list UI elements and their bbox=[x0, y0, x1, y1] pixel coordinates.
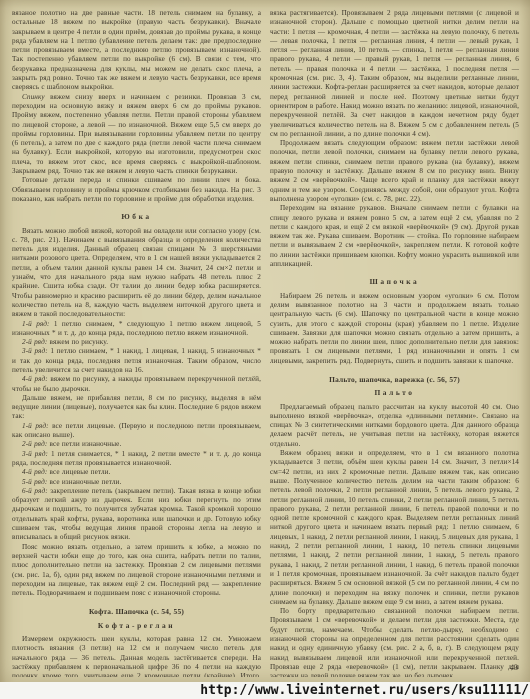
paragraph-lead-italic: 3-й ряд: bbox=[22, 450, 51, 458]
section-heading: Пальто bbox=[270, 388, 519, 397]
watermark-strip: http://www.liveinternet.ru/users/ksu1111… bbox=[0, 682, 530, 699]
paragraph: Спинку вяжем снизу вверх и начинаем с ре… bbox=[12, 93, 261, 177]
paragraph: 2-й ряд: вяжем по рисунку. bbox=[12, 338, 261, 347]
paragraph-lead-italic: 3-й ряд: bbox=[22, 347, 50, 355]
text-column-right: вязка растягивается). Провязываем 2 ряда… bbox=[270, 9, 519, 677]
paragraph: Вязать можно любой вязкой, которой вы ов… bbox=[12, 227, 261, 320]
paragraph: 4-й ряд: вяжем по рисунку, а накиды пров… bbox=[12, 375, 261, 394]
paragraph-lead-italic: 2-й ряд: bbox=[22, 440, 50, 448]
paragraph: вязка растягивается). Провязываем 2 ряда… bbox=[270, 9, 519, 139]
paragraph-lead-italic: 4-й ряд: bbox=[22, 375, 50, 383]
paragraph: Переходим на вязание рукавов. Вначале сн… bbox=[270, 204, 519, 269]
paragraph: Предлагаемый образец пальто рассчитан на… bbox=[270, 403, 519, 449]
paragraph: Продолжаем вязать следующим образом: вяж… bbox=[270, 139, 519, 204]
paragraph: 1-й ряд: 1 петлю снимаем, * следующую 1 … bbox=[12, 320, 261, 339]
paragraph-lead-italic: Спинку bbox=[22, 93, 50, 101]
paragraph: Пояс можно вязать отдельно, а затем приш… bbox=[12, 543, 261, 599]
section-heading: Пальто, шапочка, варежка (с. 56, 57) bbox=[270, 375, 519, 384]
section-heading: Шапочка bbox=[270, 277, 519, 286]
page-number: 43 bbox=[510, 663, 518, 672]
paragraph: 4-й ряд: все лицевые петли. bbox=[12, 468, 261, 477]
paragraph: 2-й ряд: все петли изнаночные. bbox=[12, 440, 261, 449]
paragraph-lead-italic: 5-й ряд: bbox=[22, 478, 50, 486]
paragraph-lead-italic: 1-й ряд: bbox=[22, 320, 54, 328]
paragraph-lead-italic: 6-й ряд: bbox=[22, 487, 50, 495]
paragraph: 6-й ряд: закрепление петель (закрываем п… bbox=[12, 487, 261, 543]
paragraph: Набираем 26 петель и вяжем основным узор… bbox=[270, 292, 519, 366]
paragraph: Готовые детали переда и спинки сшиваем п… bbox=[12, 176, 261, 204]
paragraph: 3-й ряд: 1 петлю снимаем, * 1 накид, 1 л… bbox=[12, 347, 261, 375]
paragraph-lead-italic: 2-й ряд: bbox=[22, 338, 50, 346]
paragraph: Дальше вяжем, не прибавляя петли, 8 см п… bbox=[12, 394, 261, 422]
text-column-left: вязаное полотно на две равные части. 18 … bbox=[12, 9, 261, 677]
paragraph: Вяжем образец вязки и определяем, что в … bbox=[270, 449, 519, 607]
paragraph: 1-й ряд: все петли лицевые. (Первую и по… bbox=[12, 422, 261, 441]
watermark-url: http://www.liveinternet.ru/users/ksu1111… bbox=[200, 682, 530, 699]
paragraph: По борту предварительно связанной полочк… bbox=[270, 607, 519, 677]
section-heading: Кофта-реглан bbox=[12, 621, 261, 630]
section-heading: Кофта. Шапочка (с. 54, 55) bbox=[12, 607, 261, 616]
paragraph: вязаное полотно на две равные части. 18 … bbox=[12, 9, 261, 93]
section-heading: Юбка bbox=[12, 212, 261, 221]
paragraph: 3-й ряд: 1 петля снимается, * 1 накид, 2… bbox=[12, 450, 261, 469]
paragraph-lead-italic: 1-й ряд: bbox=[22, 422, 52, 430]
paragraph: 5-й ряд: все изнаночные петли. bbox=[12, 478, 261, 487]
paragraph-lead-italic: 4-й ряд: bbox=[22, 468, 50, 476]
paragraph: Измеряем окружность шеи куклы, которая р… bbox=[12, 635, 261, 677]
scanned-book-page: вязаное полотно на две равные части. 18 … bbox=[0, 0, 530, 682]
